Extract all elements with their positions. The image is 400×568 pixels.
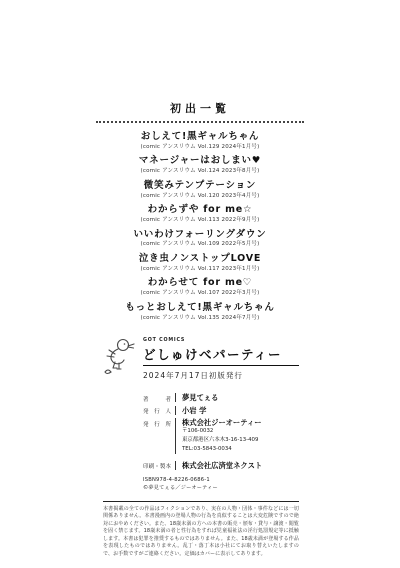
entry-source: (comic アンスリウム Vol.117 2023年1月号) [10, 266, 390, 273]
imprint-label: GOT COMICS [143, 338, 299, 343]
colophon-header: GOT COMICS どしゅけべパーティー 2024年7月17日初版発行 [103, 338, 299, 381]
publication-entry: 泣き虫ノンストップLOVE (comic アンスリウム Vol.117 2023… [0, 254, 400, 273]
credit-value: 株式会社ジーオーティー 〒106-0032 東京都港区六本木3-16-13-40… [175, 418, 262, 454]
publication-entry: もっとおしえて!黒ギャルちゃん (comic アンスリウム Vol.135 20… [0, 303, 400, 322]
publisher-postal: 〒106-0032 [182, 428, 262, 436]
credit-value: 小岩 学 [175, 406, 206, 415]
entry-title: わからせて for me♡ [0, 278, 400, 289]
dotted-divider [96, 121, 304, 123]
credit-label: 印刷・製本 [143, 461, 171, 471]
entry-title: マネージャーはおしまい♥ [0, 156, 400, 167]
isbn-number: ISBN978-4-8226-0686-1 [143, 477, 299, 485]
first-publication-list: 初出一覧 おしえて!黒ギャルちゃん (comic アンスリウム Vol.129 … [0, 100, 400, 327]
entry-title: もっとおしえて!黒ギャルちゃん [0, 303, 400, 314]
credit-row-author: 著者 夢見てぇる [143, 393, 299, 403]
publication-entry: マネージャーはおしまい♥ (comic アンスリウム Vol.124 2023年… [0, 156, 400, 175]
publication-entry: おしえて!黒ギャルちゃん (comic アンスリウム Vol.129 2024年… [0, 132, 400, 151]
entry-source: (comic アンスリウム Vol.109 2022年5月号) [10, 242, 390, 249]
credit-row-publisher-person: 発行人 小岩 学 [143, 406, 299, 416]
entry-source: (comic アンスリウム Vol.129 2024年1月号) [10, 144, 390, 151]
credit-label: 発行所 [143, 418, 171, 428]
entry-title: おしえて!黒ギャルちゃん [0, 132, 400, 143]
credit-label: 著者 [143, 393, 171, 403]
publisher-name: 株式会社ジーオーティー [182, 418, 262, 427]
credit-value: 夢見てぇる [175, 393, 218, 402]
credit-value: 株式会社広済堂ネクスト [175, 461, 262, 470]
entry-source: (comic アンスリウム Vol.107 2022年3月号) [10, 290, 390, 297]
publisher-tel: TEL:03-5843-0034 [182, 446, 262, 454]
entry-source: (comic アンスリウム Vol.120 2023年4月号) [10, 193, 390, 200]
entry-source: (comic アンスリウム Vol.113 2022年9月号) [10, 217, 390, 224]
colophon-block: GOT COMICS どしゅけべパーティー 2024年7月17日初版発行 著者 … [103, 338, 299, 558]
publication-entry: わからずや for me☆ (comic アンスリウム Vol.113 2022… [0, 205, 400, 224]
legal-divider [103, 501, 299, 502]
entry-source: (comic アンスリウム Vol.135 2024年7月号) [10, 315, 390, 322]
mascot-doodle-icon [101, 336, 139, 376]
publication-entry: いいわけフォーリングダウン (comic アンスリウム Vol.109 2022… [0, 230, 400, 249]
first-publication-heading: 初出一覧 [0, 100, 400, 116]
disclaimer-text: 本書掲載の全ての作品はフィクションであり、実在の人物・団体・事件などには一切関係… [103, 506, 299, 559]
credits-table: 著者 夢見てぇる 発行人 小岩 学 発行所 株式会社ジーオーティー 〒106-0… [143, 393, 299, 470]
publication-entry: 微笑みテンプテーション (comic アンスリウム Vol.120 2023年4… [0, 181, 400, 200]
colophon-page: 初出一覧 おしえて!黒ギャルちゃん (comic アンスリウム Vol.129 … [0, 0, 400, 568]
publication-entry: わからせて for me♡ (comic アンスリウム Vol.107 2022… [0, 278, 400, 297]
book-title: どしゅけべパーティー [143, 344, 299, 366]
isbn-block: ISBN978-4-8226-0686-1 ©夢見てぇる／ジーオーティー [143, 477, 299, 493]
entry-title: 微笑みテンプテーション [0, 181, 400, 192]
entry-title: 泣き虫ノンストップLOVE [0, 254, 400, 265]
publisher-address: 東京都港区六本木3-16-13-409 [182, 437, 262, 445]
credit-label: 発行人 [143, 406, 171, 416]
entry-title: わからずや for me☆ [0, 205, 400, 216]
credit-row-publisher: 発行所 株式会社ジーオーティー 〒106-0032 東京都港区六本木3-16-1… [143, 418, 299, 454]
edition-date: 2024年7月17日初版発行 [143, 370, 299, 381]
entry-source: (comic アンスリウム Vol.124 2023年8月号) [10, 168, 390, 175]
copyright-line: ©夢見てぇる／ジーオーティー [143, 485, 299, 493]
credit-row-printer: 印刷・製本 株式会社広済堂ネクスト [143, 461, 299, 471]
entry-title: いいわけフォーリングダウン [0, 230, 400, 241]
